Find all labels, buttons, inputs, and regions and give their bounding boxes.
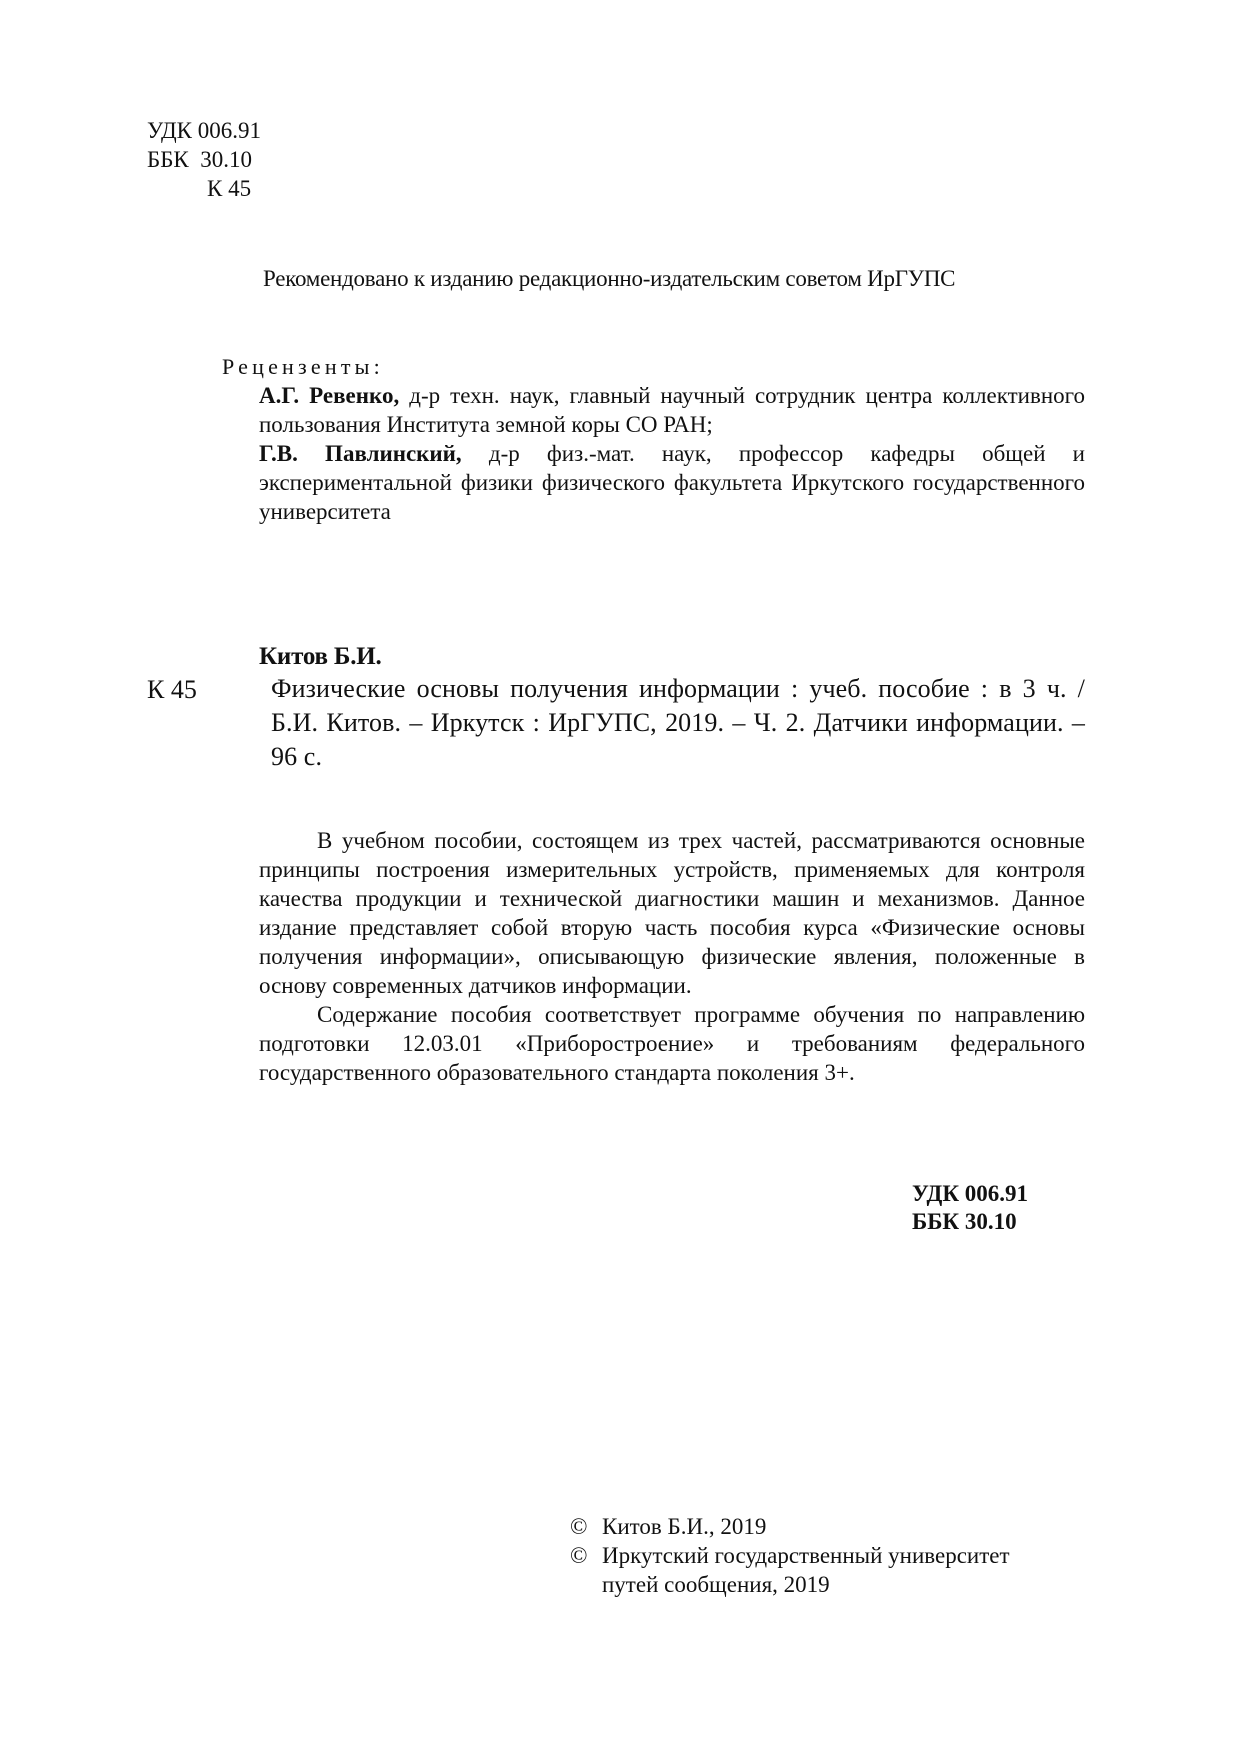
reviewer-name: А.Г. Ревенко, xyxy=(259,383,399,408)
udk-code: УДК 006.91 xyxy=(912,1180,1028,1208)
author-mark: К 45 xyxy=(147,174,261,203)
copyright-text: Иркутский государственный университет xyxy=(602,1541,1010,1570)
abstract-paragraph: Содержание пособия соответствует програм… xyxy=(259,1000,1085,1087)
catalog-author: Китов Б.И. xyxy=(259,643,382,671)
copyright-text-continuation: путей сообщения, 2019 xyxy=(570,1570,1010,1599)
catalog-citation: Физические основы получения информации :… xyxy=(271,672,1085,774)
bbk-code: ББК 30.10 xyxy=(912,1208,1028,1236)
abstract-paragraph: В учебном пособии, состоящем из трех час… xyxy=(259,826,1085,1000)
bbk-code: ББК 30.10 xyxy=(147,145,261,174)
reviewers-label: Рецензенты: xyxy=(222,354,384,380)
copyright-line: © Китов Б.И., 2019 xyxy=(570,1512,1010,1541)
reviewer-entry: Г.В. Павлинский, д-р физ.-мат. наук, про… xyxy=(259,439,1085,526)
copyright-block: © Китов Б.И., 2019 © Иркутский государст… xyxy=(570,1512,1010,1599)
reviewer-entry: А.Г. Ревенко, д-р техн. наук, главный на… xyxy=(259,381,1085,439)
reviewers-list: А.Г. Ревенко, д-р техн. наук, главный на… xyxy=(259,381,1085,526)
catalog-call-number: К 45 xyxy=(147,675,197,705)
abstract: В учебном пособии, состоящем из трех час… xyxy=(259,826,1085,1087)
publication-recommendation: Рекомендовано к изданию редакционно-изда… xyxy=(263,266,955,292)
udk-code: УДК 006.91 xyxy=(147,116,261,145)
reviewer-name: Г.В. Павлинский, xyxy=(259,441,462,466)
copyright-text: Китов Б.И., 2019 xyxy=(602,1512,766,1541)
copyright-icon: © xyxy=(570,1512,602,1541)
classification-block-bottom: УДК 006.91 ББК 30.10 xyxy=(912,1180,1028,1236)
copyright-icon: © xyxy=(570,1541,602,1570)
classification-block-top: УДК 006.91 ББК 30.10 К 45 xyxy=(147,116,261,203)
copyright-line: © Иркутский государственный университет xyxy=(570,1541,1010,1570)
